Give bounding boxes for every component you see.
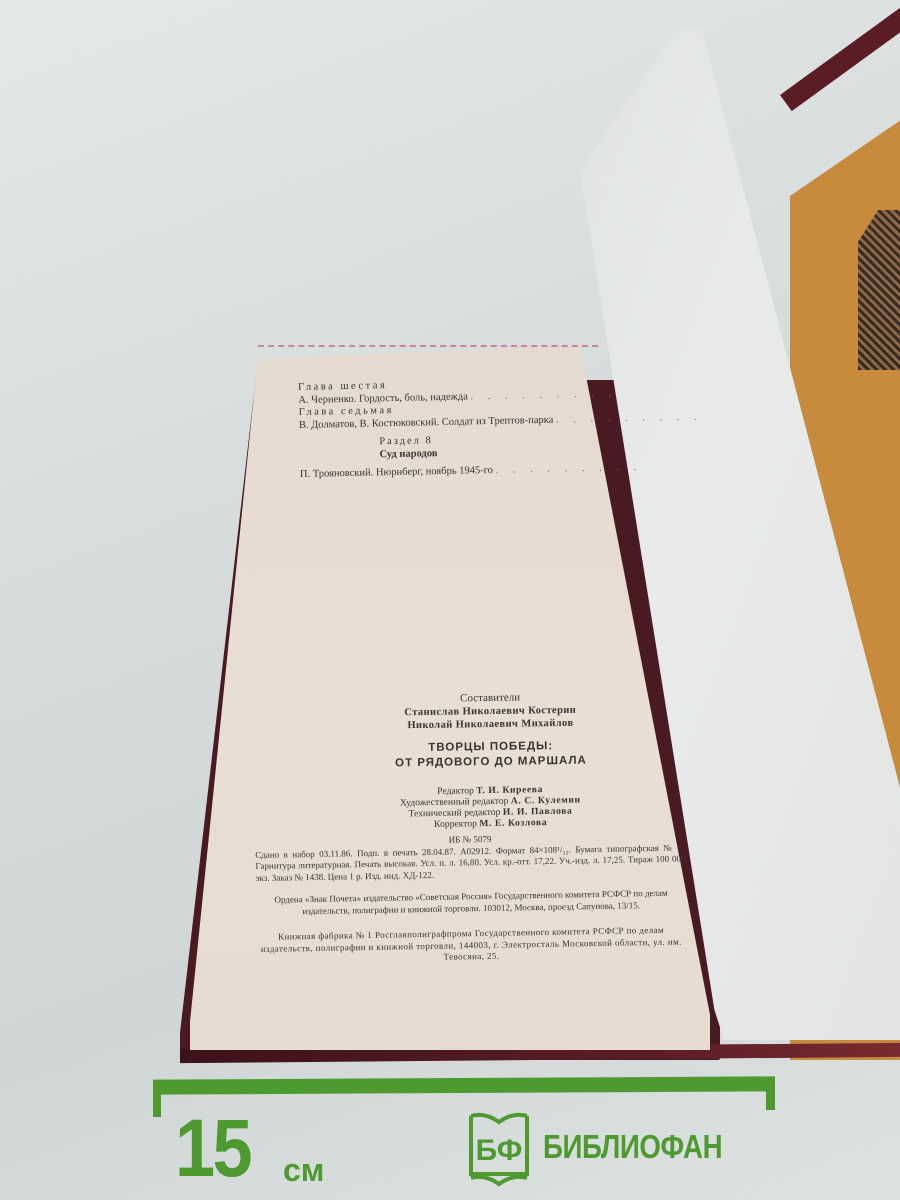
size-ruler-right-tick [766,1078,775,1110]
table-of-contents: Глава шестая А. Черненко. Гордость, боль… [298,376,610,482]
print-details: Сдано в набор 03.11.86. Подп. в печать 2… [255,842,685,882]
book-credits: Составители Станислав Николаевич Костери… [360,690,621,772]
toc-section-entry: П. Трояновский. Нюрнберг, ноябрь 1945-го [300,465,493,480]
compiler-name: Николай Николаевич Михайлов [360,716,620,733]
toc-chapter6-entry: А. Черненко. Гордость, боль, надежда [298,391,468,406]
technical-details: ИБ № 5079 Сдано в набор 03.11.86. Подп. … [255,830,686,883]
brand-name: БИБЛИОФАН [543,1128,722,1166]
editor-credits: Редактор Т. И. Киреева Художественный ре… [370,783,611,831]
size-value: 15 [175,1108,250,1190]
page-top-stain [258,345,598,355]
adjacent-book-cover-edge [780,1,900,111]
toc-leader-dots: . . . . . . . . . [470,388,617,402]
size-unit: см [283,1152,324,1189]
adjacent-book-pattern [858,210,900,370]
svg-text:БФ: БФ [476,1134,523,1167]
toc-leader-dots: . . . . . . . . . [556,411,703,425]
size-ruler-left-tick [153,1085,161,1117]
photo-scene: Глава шестая А. Черненко. Гордость, боль… [0,0,900,1200]
open-book-logo-icon: БФ [468,1112,530,1188]
size-ruler-bar [153,1076,775,1094]
